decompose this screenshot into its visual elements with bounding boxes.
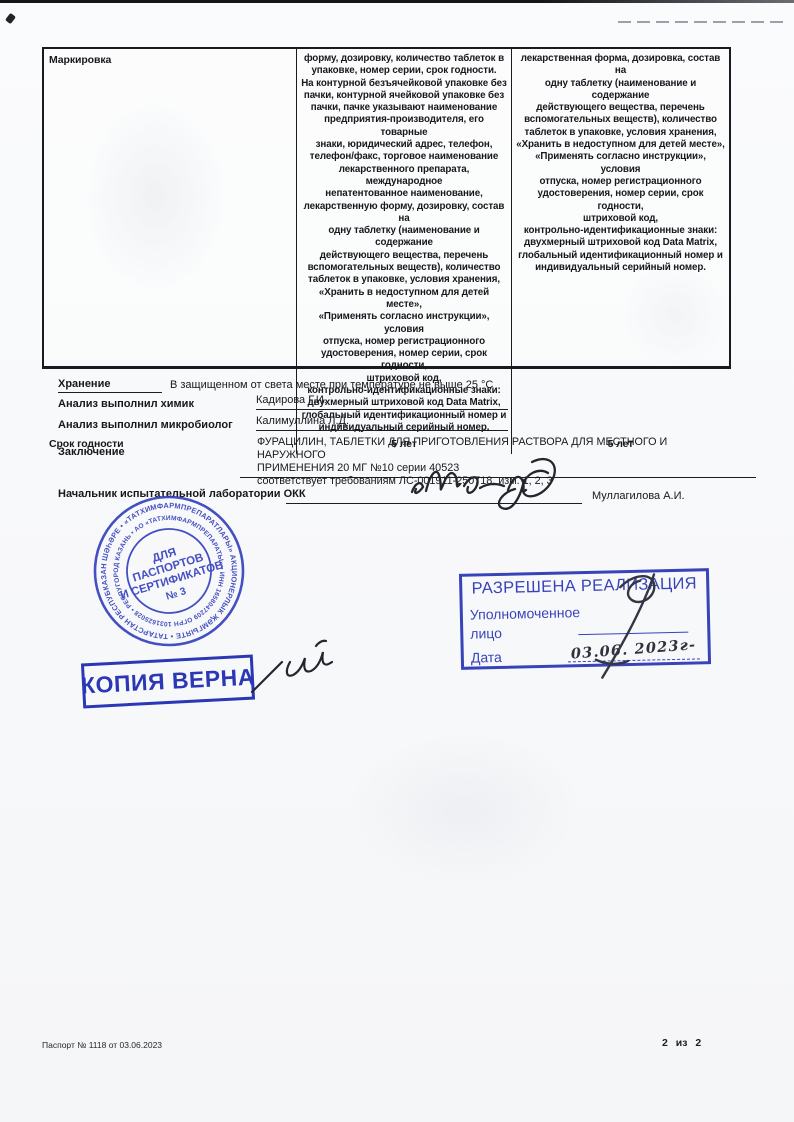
- ink-speck: [5, 13, 16, 24]
- microbiologist-label: Анализ выполнил микробиолог: [58, 419, 233, 431]
- chemist-value: Кадирова Г.И.: [256, 394, 508, 410]
- storage-value: В защищенном от света месте при температ…: [170, 379, 493, 391]
- scanned-document-page: Маркировка форму, дозировку, количество …: [0, 0, 794, 1122]
- page-number: 2 из 2: [662, 1037, 701, 1049]
- copy-stamp-text: КОПИЯ ВЕРНА: [80, 663, 255, 699]
- authorized-person-signature: [542, 559, 715, 693]
- scan-line-artifact: [618, 21, 788, 23]
- storage-label: Хранение: [58, 378, 162, 393]
- copy-stamp-initials: [246, 636, 338, 700]
- lab-head-signature: [402, 450, 592, 516]
- chemist-label: Анализ выполнил химик: [58, 398, 194, 410]
- release-authorization-stamp: РАЗРЕШЕНА РЕАЛИЗАЦИЯ Уполномоченное лицо…: [459, 568, 711, 670]
- authorized-person-label-2: лицо: [470, 625, 502, 642]
- round-stamp: КАЗАН ШӘҺӘРЕ • «ТАТХИМФАРМПРЕПАРАТЛАРЫ» …: [70, 472, 267, 669]
- marking-table: Маркировка форму, дозировку, количество …: [42, 47, 731, 369]
- date-label: Дата: [471, 649, 502, 666]
- copy-verified-stamp: КОПИЯ ВЕРНА: [81, 655, 255, 709]
- lab-head-name: Муллагилова А.И.: [592, 490, 685, 502]
- microbiologist-value: Калимуллина Л.Д.: [256, 415, 508, 431]
- passport-number-footer: Паспорт № 1118 от 03.06.2023: [42, 1040, 162, 1050]
- scan-smudge: [300, 700, 630, 920]
- conclusion-label: Заключение: [58, 446, 125, 458]
- scan-edge-artifact: [0, 0, 794, 3]
- marking-leaflet-text: лекарственная форма, дозировка, состав н…: [511, 49, 729, 436]
